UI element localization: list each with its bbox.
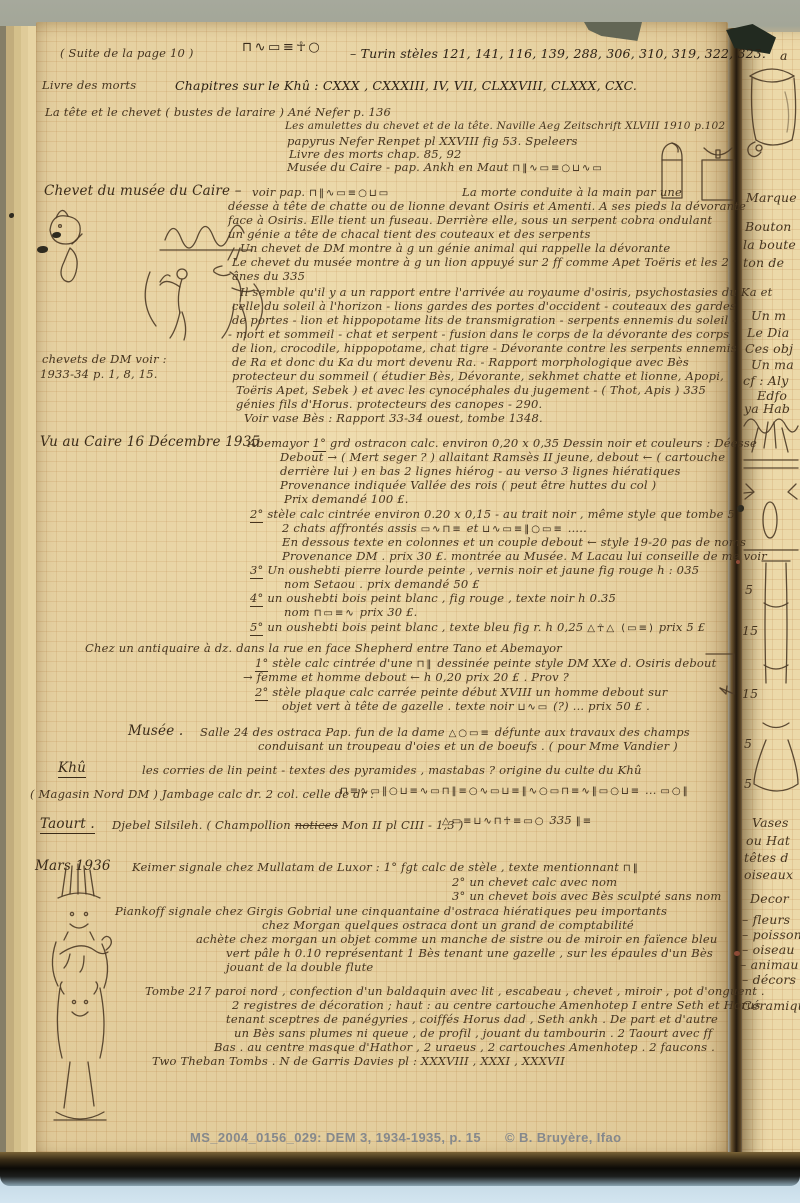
manuscript-line: la boute [743,237,796,253]
manuscript-line: Un m [751,308,786,324]
manuscript-line: Vases [752,815,789,831]
caption-id: MS_2004_0156_029: DEM 3, 1934-1935, p. 1… [190,1130,481,1146]
manuscript-line: 5 [745,582,753,598]
manuscript-line: Céramique [742,998,800,1014]
manuscript-line: – oiseau [742,942,795,958]
manuscript-line: cf : Aly [743,373,788,389]
manuscript-line: a [780,48,788,64]
manuscript-line: têtes d [744,850,789,866]
manuscript-line: 15 [742,623,758,639]
manuscript-line: ou Hat [746,833,790,849]
manuscript-line: 5 [744,736,752,752]
manuscript-line: 5 [744,776,752,792]
manuscript-line: – décors [742,972,796,988]
manuscript-line: ton de [743,255,784,271]
manuscript-line: ya Hab [744,401,790,417]
manuscript-line: Bouton [745,219,792,235]
manuscript-line: – animau [740,957,799,973]
adjacent-page-text-layer: aMarqueBoutonla bouteton deUn mLe DiaCes… [0,0,800,1203]
manuscript-line: Marque [746,190,797,206]
manuscript-photo: ( Suite de la page 10 )⊓∿▭≡☥○– Turin stè… [0,0,800,1203]
manuscript-line: 15 [742,686,758,702]
manuscript-line: – poisson [742,927,800,943]
manuscript-line: Decor [750,891,789,907]
manuscript-line: Ces obj [745,341,793,357]
manuscript-line: – fleurs [742,912,790,928]
manuscript-line: Le Dia [747,325,789,341]
caption-credit: © B. Bruyère, Ifao [505,1130,621,1146]
manuscript-line: oiseaux [744,867,793,883]
manuscript-line: Un ma [751,357,794,373]
